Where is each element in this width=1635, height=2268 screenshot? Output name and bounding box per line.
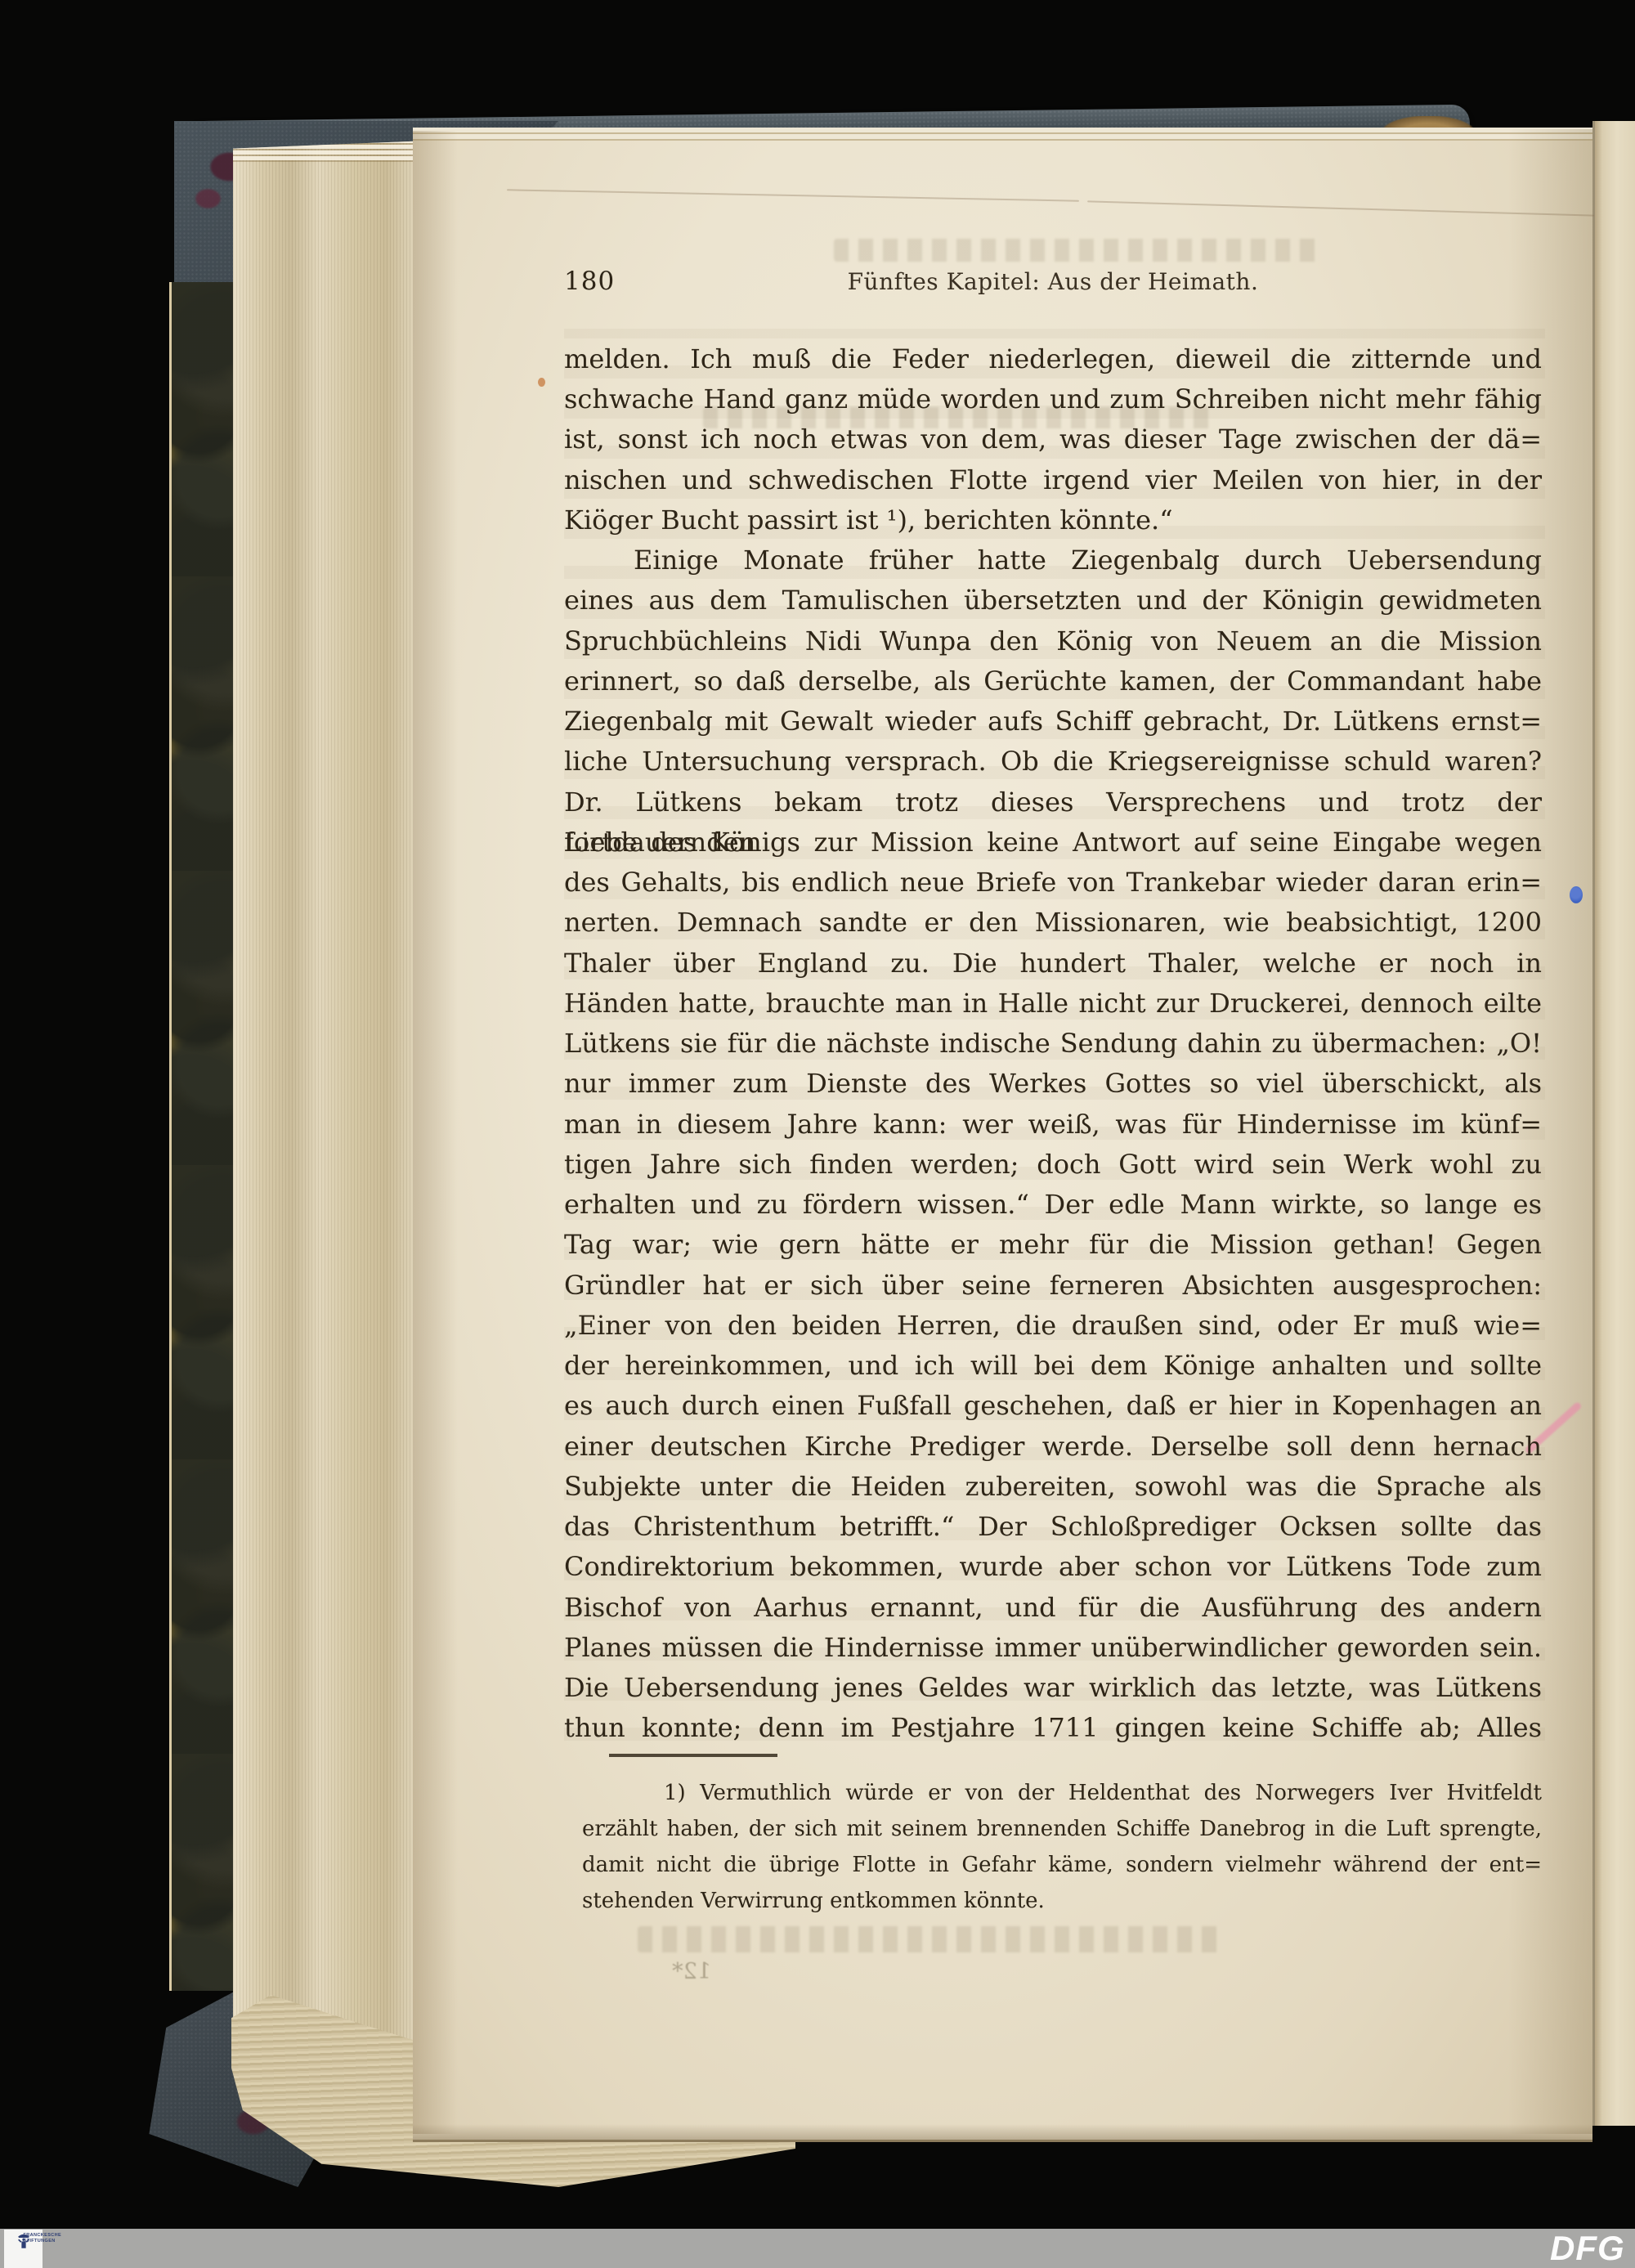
- body-line: Planes müssen die Hindernisse immer unüb…: [564, 1628, 1542, 1668]
- body-line: „Einer von den beiden Herren, die drauße…: [564, 1306, 1542, 1346]
- body-line: Spruchbüchleins Nidi Wunpa den König von…: [564, 621, 1542, 661]
- footnote-line: erzählt haben, der sich mit seinem brenn…: [582, 1811, 1542, 1847]
- body-line: es auch durch einen Fußfall geschehen, d…: [564, 1386, 1542, 1426]
- body-line: des Gehalts, bis endlich neue Briefe von…: [564, 863, 1542, 903]
- body-line: Bischof von Aarhus ernannt, und für die …: [564, 1588, 1542, 1628]
- body-line: nischen und schwedischen Flotte irgend v…: [564, 460, 1542, 500]
- body-line: thun konnte; denn im Pestjahre 1711 ging…: [564, 1708, 1542, 1748]
- body-line: Tag war; wie gern hätte er mehr für die …: [564, 1225, 1542, 1265]
- dfg-logo: DFG: [1550, 2229, 1632, 2268]
- body-line: Lütkens sie für die nächste indische Sen…: [564, 1024, 1542, 1064]
- page-bottom-edge: [413, 2124, 1592, 2142]
- page-top-edges: [413, 128, 1592, 141]
- blue-ink-dot: [1570, 886, 1583, 903]
- body-line: schwache Hand ganz müde worden und zum S…: [564, 379, 1542, 419]
- body-line: nerten. Demnach sandte er den Missionare…: [564, 903, 1542, 943]
- body-line: Einige Monate früher hatte Ziegenbalg du…: [564, 540, 1542, 580]
- body-line: Kiöger Bucht passirt ist ¹), berichten k…: [564, 500, 1542, 540]
- body-line: eines aus dem Tamulischen übersetzten un…: [564, 580, 1542, 621]
- body-line: nur immer zum Dienste des Werkes Gottes …: [564, 1064, 1542, 1104]
- ink-bleedthrough-smudge: [834, 239, 1324, 262]
- body-line: Dr. Lütkens bekam trotz dieses Versprech…: [564, 782, 1542, 822]
- opposite-page-sliver: [1592, 121, 1635, 2126]
- body-line: melden. Ich muß die Feder niederlegen, d…: [564, 339, 1542, 379]
- body-line: Liebe des Königs zur Mission keine Antwo…: [564, 822, 1542, 863]
- body-line: man in diesem Jahre kann: wer weiß, was …: [564, 1105, 1542, 1145]
- franckesche-stiftungen-logo: FRANCKESCHE STIFTUNGEN: [4, 2230, 43, 2268]
- body-line: Subjekte unter die Heiden zubereiten, so…: [564, 1467, 1542, 1507]
- ink-bleedthrough-smudge: [638, 1926, 1226, 1952]
- body-line: einer deutschen Kirche Prediger werde. D…: [564, 1427, 1542, 1467]
- bleedthrough-signature-mark: 12*: [646, 1959, 711, 1984]
- body-line: Ziegenbalg mit Gewalt wieder aufs Schiff…: [564, 701, 1542, 742]
- foxing-speck: [538, 378, 545, 387]
- body-line: Die Uebersendung jenes Geldes war wirkli…: [564, 1668, 1542, 1708]
- body-line: erinnert, so daß derselbe, als Gerüchte …: [564, 661, 1542, 701]
- body-line: der hereinkommen, und ich will bei dem K…: [564, 1346, 1542, 1386]
- page-left-crease-shadow: [413, 131, 458, 2134]
- body-line: das Christenthum betrifft.“ Der Schloßpr…: [564, 1507, 1542, 1547]
- body-line: Thaler über England zu. Die hundert Thal…: [564, 944, 1542, 984]
- body-line: Condirektorium bekommen, wurde aber scho…: [564, 1547, 1542, 1587]
- running-head: Fünftes Kapitel: Aus der Heimath.: [564, 268, 1542, 295]
- body-line: ist, sonst ich noch etwas von dem, was d…: [564, 419, 1542, 459]
- scanned-book-photo: 12* 180 Fünftes Kapitel: Aus der Heimath…: [0, 0, 1635, 2268]
- footnote-separator-rule: [609, 1754, 777, 1757]
- body-line: Händen hatte, brauchte man in Halle nich…: [564, 984, 1542, 1024]
- body-line: erhalten und zu fördern wissen.“ Der edl…: [564, 1185, 1542, 1225]
- page-stack-left-edge: [233, 141, 429, 2119]
- body-line: tigen Jahre sich finden werden; doch Got…: [564, 1145, 1542, 1185]
- footnote-line: damit nicht die übrige Flotte in Gefahr …: [582, 1847, 1542, 1883]
- scanner-footer-bar: [0, 2229, 1635, 2268]
- footnote-line: stehenden Verwirrung entkommen könnte.: [582, 1883, 1542, 1919]
- marbled-cover-paper: [169, 282, 241, 1991]
- body-line: liche Untersuchung versprach. Ob die Kri…: [564, 742, 1542, 782]
- footnote-line: 1) Vermuthlich würde er von der Heldenth…: [582, 1775, 1542, 1811]
- body-line: Gründler hat er sich über seine ferneren…: [564, 1266, 1542, 1306]
